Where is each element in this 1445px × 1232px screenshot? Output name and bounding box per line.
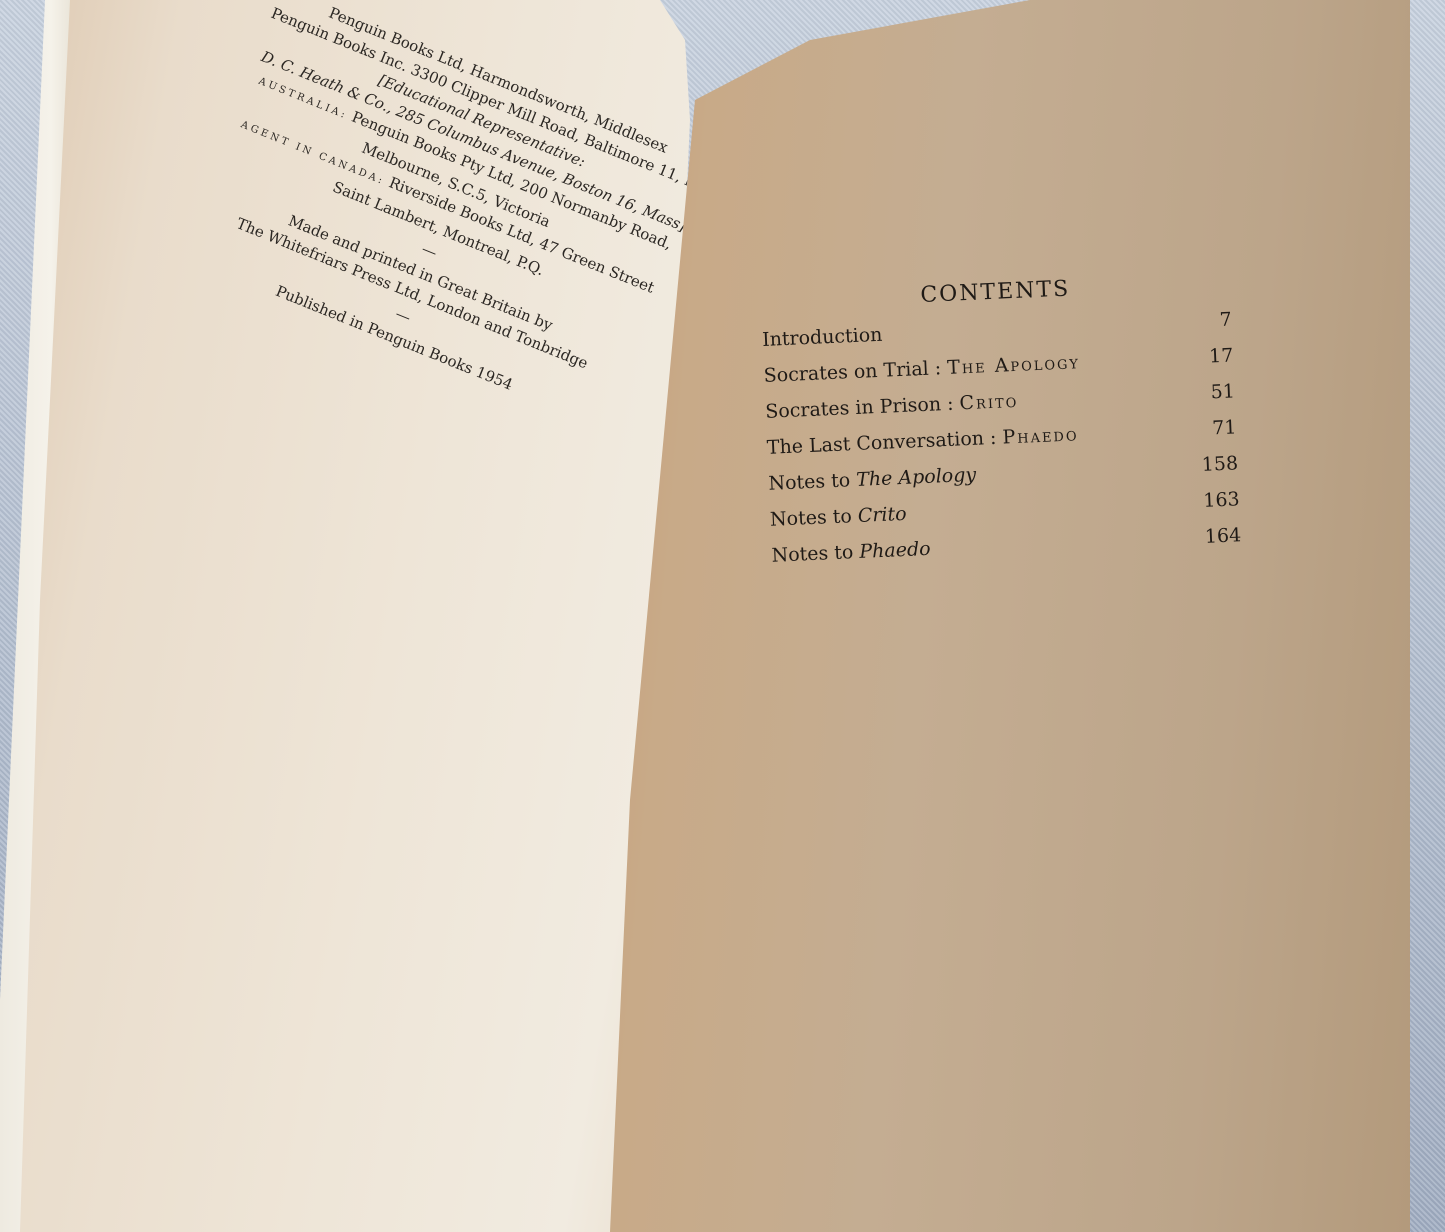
toc-entry-page: 163 [1189, 488, 1240, 512]
toc-work-title: Phaedo [1002, 423, 1079, 448]
right-page-contents [610, 0, 1410, 1232]
left-page-imprint: Penguin Books Ltd, Harmondsworth, Middle… [0, 0, 700, 1232]
toc-entry-page: 164 [1191, 524, 1242, 548]
toc-work-title: Crito [959, 390, 1019, 415]
toc-entry-page: 158 [1188, 452, 1239, 476]
toc-entry-page: 17 [1183, 344, 1234, 368]
toc-entry-page: 51 [1184, 380, 1235, 404]
toc-entry-label: Introduction [762, 324, 883, 351]
table-of-contents: CONTENTS Introduction 7 Socrates on Tria… [760, 269, 1242, 580]
toc-work-title: The Apology [856, 464, 977, 491]
toc-entry-label: Notes to Crito [770, 503, 907, 531]
toc-entry-page: 7 [1181, 308, 1232, 332]
toc-work-title: Crito [857, 503, 907, 527]
toc-entry-page: 71 [1186, 416, 1237, 440]
toc-work-title: The Apology [947, 351, 1081, 379]
imprint-block: Penguin Books Ltd, Harmondsworth, Middle… [168, 0, 725, 438]
toc-work-title: Phaedo [859, 538, 931, 563]
